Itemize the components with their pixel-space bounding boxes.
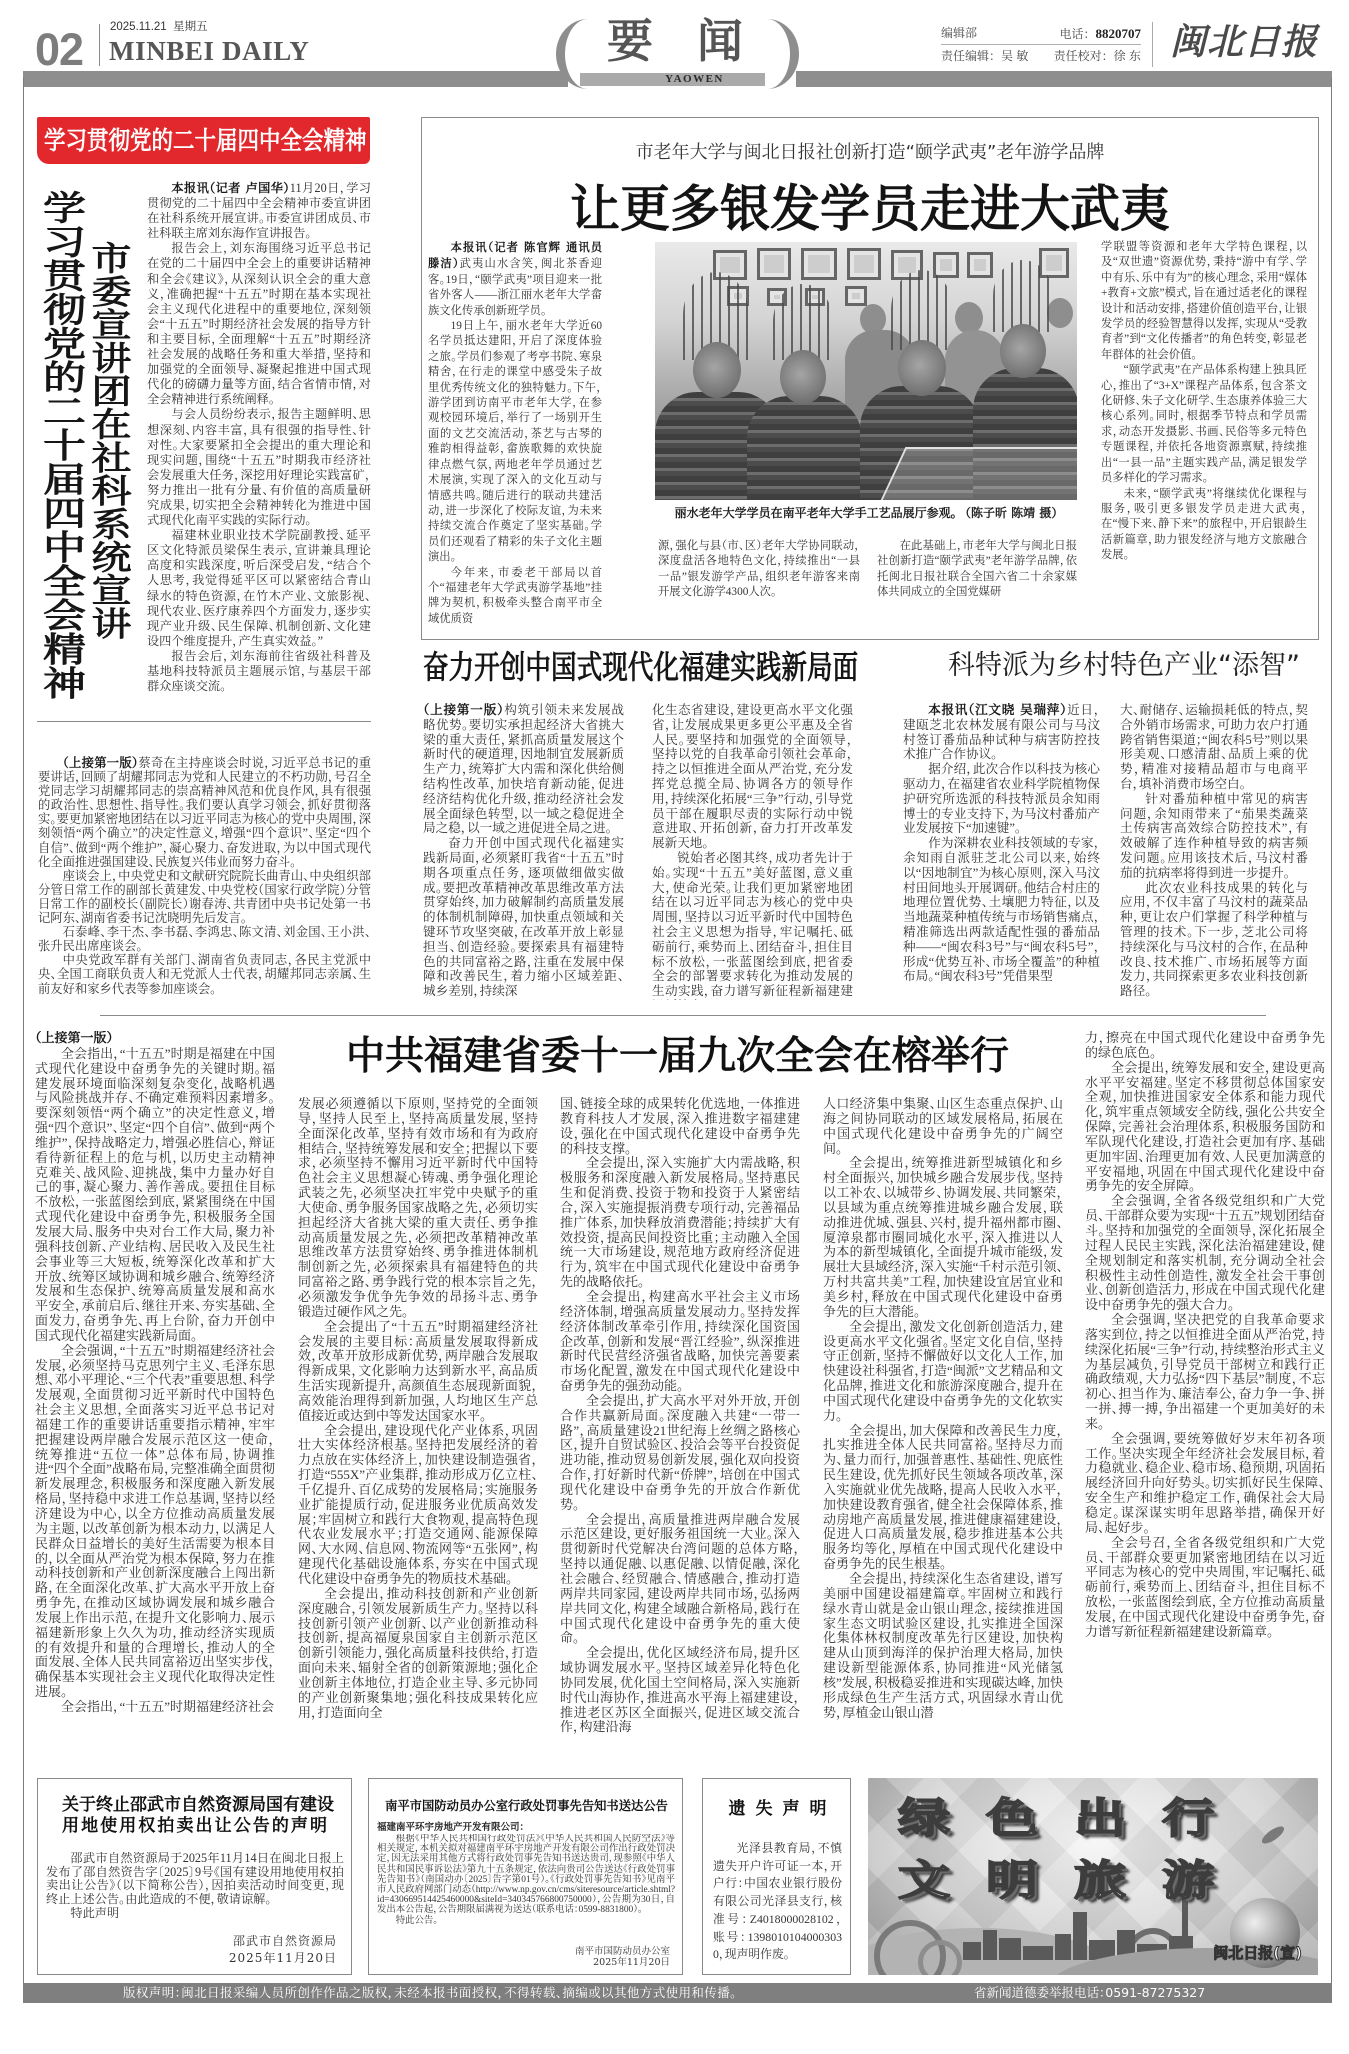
skyline-building [963,1942,981,1960]
photo-figure-head [693,342,741,398]
paragraph: 发展必须遵循以下原则，坚持党的全面领导，坚持人民至上，坚持高质量发展，坚持全面深… [298,1097,538,1320]
article-subtitle: 市老年大学与闽北日报社创新打造“颐学武夷”老年游学品牌 [421,144,1319,162]
header-rule-left [23,71,568,87]
byline: 本报讯（江文晓 吴瑞萍） [928,703,1067,717]
vertical-headline-kicker: 学习贯彻党的二十届四中全会精神 [39,190,82,700]
paragraph: 本报讯（江文晓 吴瑞萍）近日，建瓯芝北农林发展有限公司与马汶村签订番茄品种试种与… [903,703,1100,762]
article-body-xuanjiang: 本报讯（记者 卢国华）11月20日，学习贯彻党的二十届四中全会精神市委宣讲团在社… [147,181,371,699]
skyline-building [1073,1912,1087,1960]
page-number: 02 [35,27,83,72]
paragraph: 全会提出，高质量推进两岸融合发展示范区建设，更好服务祖国统一大业。深入贯彻新时代… [560,1513,800,1647]
paragraph: 大、耐储存、运输损耗低的特点，契合外销市场需求，可助力农户打通跨省销售渠道；“闽… [1120,703,1308,792]
photo-caption: 丽水老年大学学员在南平老年大学手工艺品展厅参观。 （陈子昕 陈靖 摄） [655,506,1077,520]
notice-civil-defense-penalty: 南平市国防动员办公室行政处罚事先告知书送达公告 福建南平环宇房地产开发有限公司：… [368,1778,683,1975]
skyline-building [999,1938,1021,1960]
skyline-building [983,1930,997,1960]
paragraph: 与会人员纷纷表示，报告主题鲜明、思想深刻、内容丰富，具有很强的指导性、针对性。大… [147,407,371,528]
article-body-symposium: （上接第一版）蔡奇在主持座谈会时说，习近平总书记的重要讲话，回顾了胡耀邦同志为党… [38,756,371,996]
paragraph: 中央党政军群有关部门、湖南省负责同志，各民主党派中央、全国工商联负责人和无党派人… [38,953,371,995]
newspaper-logo: 闽北日报 [1170,24,1318,60]
paragraph: 学联盟等资源和老年大学特色课程，以及“双世遗”资源优势，秉持“游中有学、学中有乐… [1101,240,1307,363]
phone-number: 8820707 [1096,26,1142,41]
paragraph: 国、链接全球的成果转化优选地，一体推进教育科技人才发展，深入推进数字福建建设，强… [560,1097,800,1156]
paragraph: 人口经济集中集聚、山区生态重点保护、山海之间协同联动的区域发展格局，拓展在中国式… [823,1097,1063,1156]
paragraph: 全会强调，“十五五”时期福建经济社会发展，必须坚持马克思列宁主义、毛泽东思想、邓… [35,1344,275,1700]
paragraph: 作为深耕农业科技领域的专家，余知雨自派驻芝北公司以来，始终以“因地制宜”为核心原… [903,836,1100,984]
paragraph: 福建林业职业技术学院副教授、延平区文化特派员梁保生表示，宣讲兼具理论高度和实践深… [147,528,371,649]
photo-figure-body [747,396,862,500]
photo-display-case [877,447,1077,500]
notice-body: 根据《中华人民共和国行政处罚法》《中华人民共和国人民防空法》等相关规定，本机关拟… [377,1834,675,1942]
photo-figure-head [898,340,946,396]
paragraph: 今年来，市委老干部局以首个“福建老年大学武夷游学基地”挂牌为契机，积极牵头整合南… [428,566,602,626]
byline: 本报讯（记者 卢国华） [171,181,289,195]
psa-banner-green-travel: 绿色出行 文明旅游 闽北日报(宣) [868,1778,1318,1975]
section-rule [37,721,371,722]
psa-credit: 闽北日报(宣) [1213,1946,1302,1961]
paragraph: 全会提出了“十五五”时期福建经济社会发展的主要目标：高质量发展取得新成效，改革开… [298,1320,538,1424]
info-divider [941,44,1141,45]
psa-slogan-line-1: 绿色出行 [898,1798,1250,1840]
article-headline: 中共福建省委十一届九次全会在榕举行 [346,1037,1009,1076]
paragraph: 力，擦亮在中国式现代化建设中奋勇争先的绿色底色。 [1085,1031,1325,1061]
article-headline: 奋力开创中国式现代化福建实践新局面 [423,651,858,683]
paragraph: （上接第一版） [35,1031,275,1047]
photo-wall-frame [801,248,837,280]
notice-loss-declaration: 遗失声明 光泽县教育局，不慎遗失开户许可证一本，开户行：中国农业银行股份有限公司… [702,1778,851,1975]
paragraph: 全会号召，全省各级党组织和广大党员、干部群众要更加紧密地团结在以习近平同志为核心… [1085,1536,1325,1640]
paragraph: 座谈会上，中央党史和文献研究院院长曲青山、中央组织部分管日常工作的副部长黄建发、… [38,869,371,925]
masthead-divider [99,24,100,66]
notice-title-line-2: 用地使用权拍卖出让公告的声明 [62,1816,327,1837]
paragraph: 锐始者必图其终，成功者先计于始。实现“十五五”美好蓝图，意义重大，使命光荣。让我… [652,851,853,1000]
paragraph: （上接第一版）蔡奇在主持座谈会时说，习近平总书记的重要讲话，回顾了胡耀邦同志为党… [38,756,371,869]
paragraph: 全会提出，扩大高水平对外开放，开创合作共赢新局面。深度融入共建“一带一路”，高质… [560,1394,800,1513]
notice-body: 邵武市自然资源局于2025年11月14日在闽北日报上发布了邵自然资告字〔2025… [46,1852,344,1922]
issue-date: 2025.11.21 星期五 [110,22,208,34]
paragraph: 源，强化与县（市、区）老年大学协同联动，深度盘活各地特色文化，持续推出“一县一品… [658,539,860,601]
paragraph: （上接第一版）构筑引领未来发展战略优势。要切实承担起经济大省挑大梁的重大责任，紧… [423,703,624,836]
skyline-building [1023,1946,1053,1960]
paragraph: 全会提出，建设现代化产业体系，巩固壮大实体经济根基。坚持把发展经济的着力点放在实… [298,1424,538,1587]
editorial-dept-label: 编辑部 [941,27,977,40]
psa-slogan-line-2: 文明旅游 [898,1860,1250,1902]
byline: 本报讯（记者 陈官辉 通讯员 滕洁） [428,241,602,270]
section-title-char-2: 闻 [697,18,743,64]
paragraph: 本报讯（记者 卢国华）11月20日，学习贯彻党的二十届四中全会精神市委宣讲团在社… [147,181,371,241]
byline: （上接第一版） [35,1031,113,1046]
article-column-3: 在此基础上，市老年大学与闽北日报社创新打造“颐学武夷”老年游学品牌，依托闽北日报… [877,539,1077,603]
paragraph: 全会提出，深入实施扩大内需战略，积极服务和深度融入新发展格局。坚持惠民生和促消费… [560,1156,800,1290]
paragraph: 本报讯（记者 陈官辉 通讯员 滕洁）武夷山水含笑，闽北茶香迎客。19日，“颐学武… [428,240,602,319]
article-headline: 科特派为乡村特色产业“添智” [948,652,1300,679]
paragraph: 全会强调，要统筹做好岁末年初各项工作。坚决实现全年经济社会发展目标，着力稳就业、… [1085,1432,1325,1536]
article-column-1: （上接第一版）全会指出，“十五五”时期是福建在中国式现代化建设中奋勇争先的关键时… [35,1031,275,1761]
byline: （上接第一版） [63,756,139,770]
article-column-4: 人口经济集中集聚、山区生态重点保护、山海之间协同联动的区域发展格局，拓展在中国式… [823,1097,1063,1761]
byline: （上接第一版） [423,703,504,717]
photo-wall-frame [847,248,881,280]
paragraph: 全会提出，统筹推进新型城镇化和乡村全面振兴，加快城乡融合发展步伐。坚持以工补农、… [823,1156,1063,1319]
photo-wall-frame [757,248,791,280]
notice-title: 遗失声明 [703,1801,852,1818]
notice-signature: 南平市国防动员办公室 2025年11月20日 [575,1946,670,1968]
phone-label: 电话： [1059,27,1095,41]
notice-title: 关于终止邵武市自然资源局国有建设 用地使用权拍卖出让公告的声明 [62,1795,327,1837]
paragraph: 全会提出，激发文化创新创造活力，建设更高水平文化强省。坚定文化自信，坚持守正创新… [823,1320,1063,1424]
photo-figure-head [780,350,826,404]
paragraph: 奋力开创中国式现代化福建实践新局面，必须紧盯我省“十五五”时期各项重点任务，逐项… [423,836,624,999]
notice-title-line-1: 关于终止邵武市自然资源局国有建设 [62,1795,327,1816]
notice-body: 光泽县教育局，不慎遗失开户许可证一本，开户行：中国农业银行股份有限公司光泽县支行… [713,1840,842,1968]
article-column-1: 本报讯（记者 陈官辉 通讯员 滕洁）武夷山水含笑，闽北茶香迎客。19日，“颐学武… [428,240,602,626]
paper-name-english: MINBEI DAILY [109,38,310,65]
paragraph: 19日上午，丽水老年大学近60名学员抵达建阳，开启了深度体验之旅。学员们参观了考… [428,319,602,566]
photo-headdress [891,270,953,350]
phone-line: 电话：8820707 [1059,27,1141,40]
ethics-hotline: 省新闻道德委举报电话：0591-87275327 [974,1983,1205,2003]
right-bracket-ornament [767,19,799,89]
paragraph: 此次农业科技成果的转化与应用，不仅丰富了马汶村的蔬菜品种，更让农户们掌握了科学种… [1120,881,1308,999]
paragraph: 特此公告。 [377,1916,675,1926]
topic-banner: 学习贯彻党的二十届四中全会精神 [37,117,370,164]
newspaper-page: 02 2025.11.21 星期五 MINBEI DAILY 要 闻 YAOWE… [0,0,1349,2054]
paragraph: 光泽县教育局，不慎遗失开户许可证一本，开户行：中国农业银行股份有限公司光泽县支行… [713,1840,842,1964]
editor-row: 责任编辑：吴 敏 责任校对：徐 东 [941,50,1141,62]
paragraph: 全会强调，坚决把党的自我革命要求落实到位，持之以恒推进全面从严治党，持续深化拓展… [1085,1313,1325,1432]
photo-headdress [993,260,1053,332]
photo-wall-frame [967,252,993,278]
logo-divider [1152,22,1153,67]
article-column-3: 国、链接全球的成果转化优选地，一体推进教育科技人才发展，深入推进数字福建建设，强… [560,1097,800,1761]
notice-addressee: 福建南平环宇房地产开发有限公司： [377,1822,529,1833]
paragraph: 在此基础上，市老年大学与闽北日报社创新打造“颐学武夷”老年游学品牌，依托闽北日报… [877,539,1077,601]
notice-date: 2025年11月20日 [229,1950,337,1967]
section-pinyin: YAOWEN [580,73,765,86]
notice-date: 2025年11月20日 [575,1957,670,1968]
header-rule-right [796,71,1332,87]
article-column-4: 学联盟等资源和老年大学特色课程，以及“双世遗”资源优势，秉持“游中有学、学中有乐… [1101,240,1307,626]
footer-bar: 版权声明：闽北日报采编人员所创作作品之版权，未经本报书面授权，不得转载、摘编或以… [23,1983,1332,2003]
paragraph: 全会指出，“十五五”时期是福建在中国式现代化建设中奋勇争先的关键时期。福建发展环… [35,1047,275,1344]
paragraph: 根据《中华人民共和国行政处罚法》《中华人民共和国人民防空法》等相关规定，本机关拟… [377,1834,675,1916]
paragraph: 全会提出，加大保障和改善民生力度，扎实推进全体人民共同富裕。坚持尽力而为、量力而… [823,1424,1063,1572]
paragraph: 全会提出，统筹发展和安全，建设更高水平平安福建。坚定不移贯彻总体国家安全观，加快… [1085,1061,1325,1195]
photo-figure-head [1000,324,1046,378]
paragraph: 特此声明 [46,1907,344,1921]
paragraph: 邵武市自然资源局于2025年11月14日在闽北日报上发布了邵自然资告字〔2025… [46,1852,344,1907]
article-column-5: 力，擦亮在中国式现代化建设中奋勇争先的绿色底色。全会提出，统筹发展和安全，建设更… [1085,1031,1325,1761]
photo-headdress [773,284,833,360]
paragraph: 全会提出，构建高水平社会主义市场经济体制，增强高质量发展动力。坚持发挥经济体制改… [560,1290,800,1394]
paragraph: 未来，“颐学武夷”将继续优化课程与服务，吸引更多银发学员走进大武夷，在“慢下来、… [1101,487,1307,564]
paragraph: 石泰峰、李干杰、李书磊、李鸿忠、陈文清、刘金国、王小洪、张升民出席座谈会。 [38,925,371,953]
article-column-2: 发展必须遵循以下原则，坚持党的全面领导，坚持人民至上，坚持高质量发展，坚持全面深… [298,1097,538,1761]
paragraph: 全会强调，全省各级党组织和广大党员、干部群众要为实现“十五五”规划团结奋斗。坚持… [1085,1194,1325,1313]
article-column-2: 大、耐储存、运输损耗低的特点，契合外销市场需求，可助力农户打通跨省销售渠道；“闽… [1120,703,1308,1000]
photo-wall-frame [845,286,867,306]
notice-title: 南平市国防动员办公室行政处罚事先告知书送达公告 [373,1799,680,1814]
responsible-proofreader: 责任校对：徐 东 [1054,50,1141,62]
paragraph: 全会提出，推动科技创新和产业创新深度融合，引领发展新质生产力。坚持以科技创新引领… [298,1587,538,1721]
notice-signature: 邵武市自然资源局 2025年11月20日 [229,1933,337,1967]
paragraph: 化生态省建设，建设更高水平文化强省，让发展成果更多更公平惠及全省人民。要坚持和加… [652,703,853,851]
news-photo [655,242,1077,500]
editorial-contact-row: 编辑部 电话：8820707 [941,27,1141,40]
vertical-headline-main: 市委宣讲团在社科系统宣讲 [88,241,128,639]
paragraph: “颐学武夷”在产品体系构建上独具匠心，推出了“3+X”课程产品体系，包含茶文化研… [1101,363,1307,486]
section-rule [100,1015,1266,1016]
paragraph: 全会提出，持续深化生态省建设，谱写美丽中国建设福建篇章。牢固树立和践行绿水青山就… [823,1572,1063,1720]
paragraph: 据介绍，此次合作以科技为核心驱动力，在福建省农业科学院植物保护研究所选派的科技特… [903,762,1100,836]
notice-shaowu-land-auction: 关于终止邵武市自然资源局国有建设 用地使用权拍卖出让公告的声明 邵武市自然资源局… [37,1778,352,1975]
copyright-notice: 版权声明：闽北日报采编人员所创作作品之版权，未经本报书面授权，不得转载、摘编或以… [123,1983,737,2003]
topic-banner-text: 学习贯彻党的二十届四中全会精神 [44,117,367,164]
skyline-building [1055,1934,1071,1960]
article-headline: 让更多银发学员走进大武夷 [421,181,1319,236]
paragraph: 针对番茄种植中常见的病害问题，余知雨带来了“茄果类蔬菜土传病害高效综合防控技术”… [1120,792,1308,881]
photo-background-person [955,302,983,334]
page-border-right [1331,78,1332,1985]
article-column-2: 源，强化与县（市、区）老年大学协同联动，深度盘活各地特色文化，持续推出“一县一品… [658,539,860,603]
paragraph: 报告会上，刘东海围绕习近平总书记在党的二十届四中全会上的重要讲话精神和全会《建议… [147,241,371,407]
section-title-char-1: 要 [607,18,653,64]
notice-signer: 南平市国防动员办公室 [575,1946,670,1957]
responsible-editor: 责任编辑：吴 敏 [941,50,1028,62]
article-column-1: 本报讯（江文晓 吴瑞萍）近日，建瓯芝北农林发展有限公司与马汶村签订番茄品种试种与… [903,703,1100,1000]
notice-signer: 邵武市自然资源局 [229,1933,337,1950]
paragraph: 全会提出，优化区域经济布局，提升区域协调发展水平。坚持区域差异化特色化协同发展，… [560,1646,800,1735]
paragraph: 全会指出，“十五五”时期福建经济社会 [35,1700,275,1715]
article-column-2: 化生态省建设，建设更高水平文化强省，让发展成果更多更公平惠及全省人民。要坚持和加… [652,703,853,1000]
article-column-1: （上接第一版）构筑引领未来发展战略优势。要切实承担起经济大省挑大梁的重大责任，紧… [423,703,624,1000]
page-border-left [23,78,24,1985]
paragraph: 报告会后，刘东海前往省级社科普及基地科技特派员主题展示馆，与基层干部群众座谈交流… [147,649,371,694]
